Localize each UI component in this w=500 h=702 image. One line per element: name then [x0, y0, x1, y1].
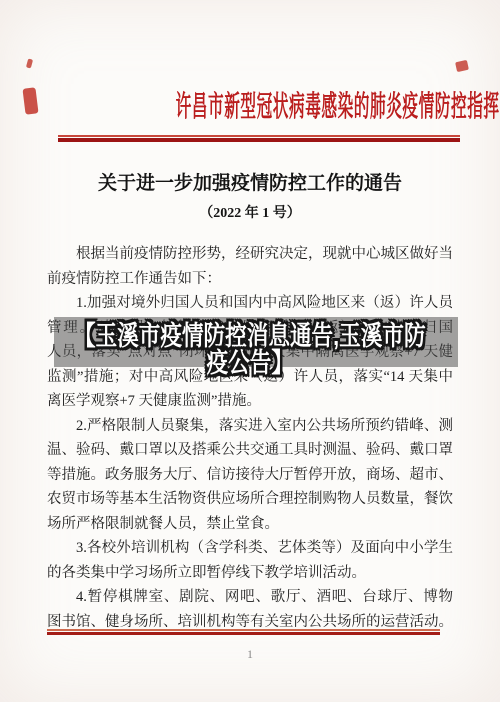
watermark-line: 疫公告】 — [74, 350, 426, 377]
watermark-text: 【玉溪市疫情防控消息通告,玉溪市防疫公告】 — [0, 323, 500, 377]
letterhead-rule-thick — [58, 138, 460, 142]
letterhead: 许昌市新型冠状病毒感染的肺炎疫情防控指挥部办公室 — [10, 84, 500, 125]
body-line: 4.暂停棋牌室、剧院、网吧、歌厅、酒吧、台球厅、博物馆、 — [47, 585, 453, 610]
watermark-line: 【玉溪市疫情防控消息通告,玉溪市防 — [74, 323, 426, 350]
scanned-notice-page: 许昌市新型冠状病毒感染的肺炎疫情防控指挥部办公室 关于进一步加强疫情防控工作的通… — [0, 0, 500, 702]
footer-rule-thick — [47, 632, 440, 635]
body-line: 等措施。政务服务大厅、信访接待大厅暂停开放，商场、超市、 — [47, 463, 453, 488]
body-line: 2.严格限制人员聚集，落实进入室内公共场所预约错峰、测 — [47, 414, 453, 439]
body-line: 离医学观察+7 天健康监测”措施。 — [47, 389, 453, 414]
notice-title: 关于进一步加强疫情防控工作的通告 — [0, 168, 500, 195]
scan-artifact — [455, 60, 469, 72]
body-line: 场所严格限制就餐人员，禁止堂食。 — [47, 512, 453, 537]
body-line: 1.加强对境外归国人员和国内中高风险地区来（返）许人员 — [47, 291, 453, 316]
body-line: 温、验码、戴口罩以及搭乘公共交通工具时测温、验码、戴口罩 — [47, 438, 453, 463]
scan-artifact — [26, 59, 33, 69]
body-line: 前疫情防控工作通告如下： — [47, 267, 453, 292]
issuing-office-name: 许昌市新型冠状病毒感染的肺炎疫情防控指挥部办公室 — [176, 84, 500, 125]
page-number: 1 — [0, 647, 500, 662]
letterhead-rule-thin — [58, 135, 460, 137]
body-line: 根据当前疫情防控形势，经研究决定，现就中心城区做好当 — [47, 242, 453, 267]
watermark-text-lines: 【玉溪市疫情防控消息通告,玉溪市防疫公告】 — [74, 323, 426, 377]
body-text: 根据当前疫情防控形势，经研究决定，现就中心城区做好当前疫情防控工作通告如下：1.… — [47, 242, 453, 634]
body-line: 3.各校外培训机构（含学科类、艺体类等）及面向中小学生 — [47, 536, 453, 561]
body-line: 农贸市场等基本生活物资供应场所合理控制购物人员数量，餐饮 — [47, 487, 453, 512]
doc-number: （2022 年 1 号） — [0, 202, 500, 222]
body-line: 的各类集中学习场所立即暂停线下教学培训活动。 — [47, 561, 453, 586]
